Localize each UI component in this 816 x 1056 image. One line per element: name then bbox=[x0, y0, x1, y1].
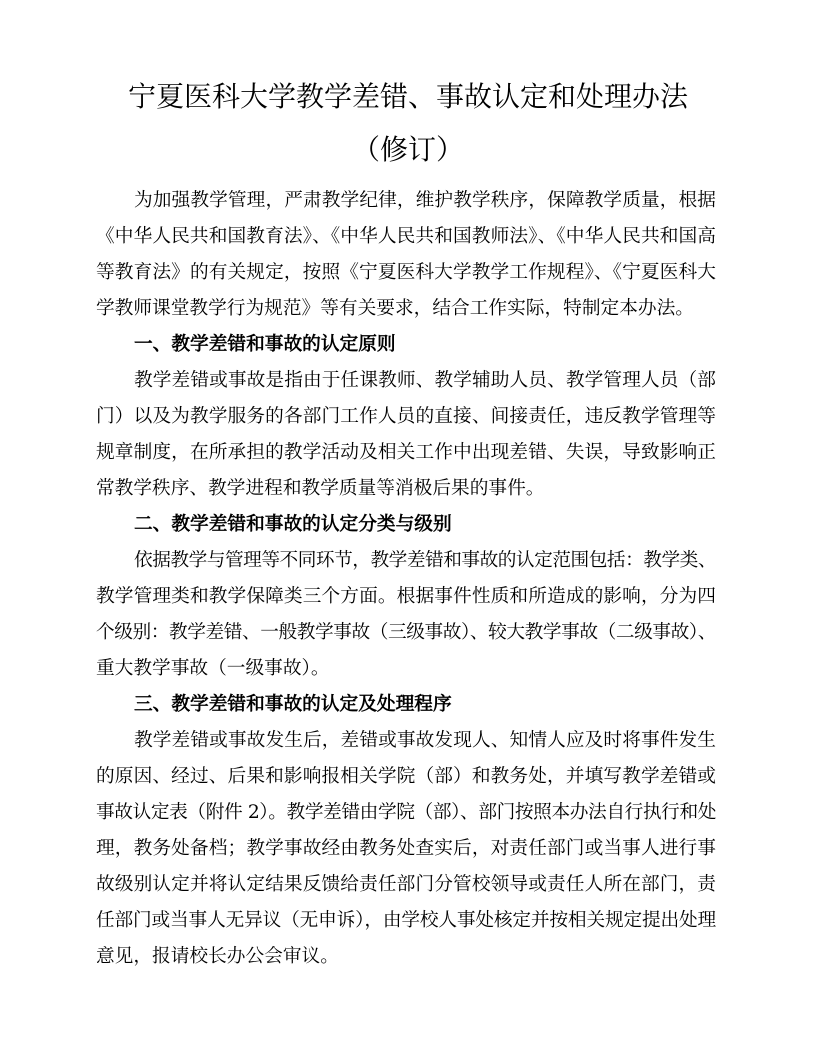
section-heading-1: 一、教学差错和事故的认定原则 bbox=[96, 327, 716, 363]
paragraph-line: 重大教学事故（一级事故）。 bbox=[96, 651, 716, 687]
section-3-paragraph: 教学差错或事故发生后，差错或事故发现人、知情人应及时将事件发生 的原因、经过、后… bbox=[96, 723, 716, 975]
paragraph-line: 规章制度，在所承担的教学活动及相关工作中出现差错、失误，导致影响正 bbox=[96, 435, 716, 471]
paragraph-line: 教学差错或事故发生后，差错或事故发现人、知情人应及时将事件发生 bbox=[96, 723, 716, 759]
paragraph-line: 事故认定表（附件 2）。教学差错由学院（部）、部门按照本办法自行执行和处 bbox=[96, 795, 716, 831]
section-1-paragraph: 教学差错或事故是指由于任课教师、教学辅助人员、教学管理人员（部 门）以及为教学服… bbox=[96, 363, 716, 507]
document-body: 为加强教学管理，严肃教学纪律，维护教学秩序，保障教学质量，根据 《中华人民共和国… bbox=[96, 183, 716, 975]
section-2-paragraph: 依据教学与管理等不同环节，教学差错和事故的认定范围包括：教学类、 教学管理类和教… bbox=[96, 543, 716, 687]
paragraph-line: 任部门或当事人无异议（无申诉），由学校人事处核定并按相关规定提出处理 bbox=[96, 903, 716, 939]
paragraph-line: 的原因、经过、后果和影响报相关学院（部）和教务处，并填写教学差错或 bbox=[96, 759, 716, 795]
paragraph-line: 学教师课堂教学行为规范》等有关要求，结合工作实际，特制定本办法。 bbox=[96, 291, 716, 327]
section-heading-2: 二、教学差错和事故的认定分类与级别 bbox=[96, 507, 716, 543]
intro-paragraph: 为加强教学管理，严肃教学纪律，维护教学秩序，保障教学质量，根据 《中华人民共和国… bbox=[96, 183, 716, 327]
document-title: 宁夏医科大学教学差错、事故认定和处理办法 bbox=[0, 71, 816, 123]
paragraph-line: 教学管理类和教学保障类三个方面。根据事件性质和所造成的影响，分为四 bbox=[96, 579, 716, 615]
paragraph-line: 理，教务处备档；教学事故经由教务处查实后，对责任部门或当事人进行事 bbox=[96, 831, 716, 867]
paragraph-line: 常教学秩序、教学进程和教学质量等消极后果的事件。 bbox=[96, 471, 716, 507]
paragraph-line: 个级别：教学差错、一般教学事故（三级事故）、较大教学事故（二级事故）、 bbox=[96, 615, 716, 651]
paragraph-line: 为加强教学管理，严肃教学纪律，维护教学秩序，保障教学质量，根据 bbox=[96, 183, 716, 219]
document-subtitle: （修订） bbox=[0, 124, 816, 176]
paragraph-line: 门）以及为教学服务的各部门工作人员的直接、间接责任，违反教学管理等 bbox=[96, 399, 716, 435]
paragraph-line: 依据教学与管理等不同环节，教学差错和事故的认定范围包括：教学类、 bbox=[96, 543, 716, 579]
paragraph-line: 《中华人民共和国教育法》、《中华人民共和国教师法》、《中华人民共和国高 bbox=[96, 219, 716, 255]
paragraph-line: 等教育法》的有关规定，按照《宁夏医科大学教学工作规程》、《宁夏医科大 bbox=[96, 255, 716, 291]
paragraph-line: 故级别认定并将认定结果反馈给责任部门分管校领导或责任人所在部门，责 bbox=[96, 867, 716, 903]
paragraph-line: 意见，报请校长办公会审议。 bbox=[96, 939, 716, 975]
paragraph-line: 教学差错或事故是指由于任课教师、教学辅助人员、教学管理人员（部 bbox=[96, 363, 716, 399]
section-heading-3: 三、教学差错和事故的认定及处理程序 bbox=[96, 687, 716, 723]
document-page: 宁夏医科大学教学差错、事故认定和处理办法 （修订） 为加强教学管理，严肃教学纪律… bbox=[0, 0, 816, 1056]
